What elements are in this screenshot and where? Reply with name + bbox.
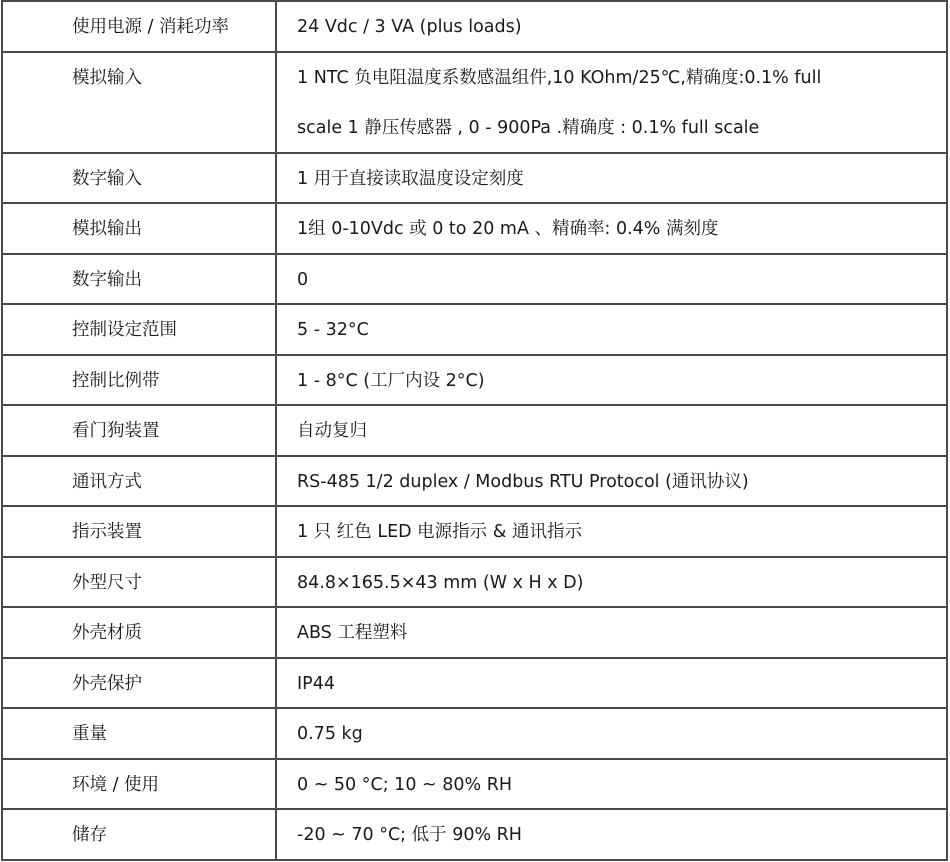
row-label: 外壳保护 bbox=[2, 658, 276, 709]
row-value: 1组 0-10Vdc 或 0 to 20 mA 、精确率: 0.4% 满刻度 bbox=[276, 203, 947, 254]
row-value: 0 bbox=[276, 254, 947, 305]
row-value: 0 ~ 50 °C; 10 ~ 80% RH bbox=[276, 759, 947, 810]
table-row-analog-input: 模拟输入 1 NTC 负电阻温度系数感温组件,10 KOhm/25℃,精确度:0… bbox=[2, 52, 947, 153]
table-row-housing-protection: 外壳保护 IP44 bbox=[2, 658, 947, 709]
table-row-housing-material: 外壳材质 ABS 工程塑料 bbox=[2, 607, 947, 658]
row-value: 5 - 32°C bbox=[276, 304, 947, 355]
row-label: 数字输入 bbox=[2, 153, 276, 204]
value-line: scale 1 静压传感器 , 0 - 900Pa .精确度 : 0.1% fu… bbox=[297, 118, 946, 138]
row-value: 1 只 红色 LED 电源指示 & 通讯指示 bbox=[276, 506, 947, 557]
row-label: 指示装置 bbox=[2, 506, 276, 557]
row-value: RS-485 1/2 duplex / Modbus RTU Protocol … bbox=[276, 456, 947, 507]
table-row-dimensions: 外型尺寸 84.8×165.5×43 mm (W x H x D) bbox=[2, 557, 947, 608]
row-label: 环境 / 使用 bbox=[2, 759, 276, 810]
table-row-operating-environment: 环境 / 使用 0 ~ 50 °C; 10 ~ 80% RH bbox=[2, 759, 947, 810]
table-row-analog-output: 模拟输出 1组 0-10Vdc 或 0 to 20 mA 、精确率: 0.4% … bbox=[2, 203, 947, 254]
row-value: 1 NTC 负电阻温度系数感温组件,10 KOhm/25℃,精确度:0.1% f… bbox=[276, 52, 947, 153]
row-value: 自动复归 bbox=[276, 405, 947, 456]
row-value: 84.8×165.5×43 mm (W x H x D) bbox=[276, 557, 947, 608]
row-label: 重量 bbox=[2, 708, 276, 759]
row-label: 外型尺寸 bbox=[2, 557, 276, 608]
table-row-digital-input: 数字输入 1 用于直接读取温度设定刻度 bbox=[2, 153, 947, 204]
row-label: 通讯方式 bbox=[2, 456, 276, 507]
row-value: IP44 bbox=[276, 658, 947, 709]
table-row-indicator: 指示装置 1 只 红色 LED 电源指示 & 通讯指示 bbox=[2, 506, 947, 557]
row-value: 24 Vdc / 3 VA (plus loads) bbox=[276, 1, 947, 52]
row-label: 看门狗装置 bbox=[2, 405, 276, 456]
row-label: 数字输出 bbox=[2, 254, 276, 305]
row-value: 0.75 kg bbox=[276, 708, 947, 759]
row-label: 模拟输入 bbox=[2, 52, 276, 153]
table-row-setpoint-range: 控制设定范围 5 - 32°C bbox=[2, 304, 947, 355]
row-value: 1 - 8°C (工厂内设 2°C) bbox=[276, 355, 947, 406]
row-label: 模拟输出 bbox=[2, 203, 276, 254]
row-label: 储存 bbox=[2, 809, 276, 860]
row-value: 1 用于直接读取温度设定刻度 bbox=[276, 153, 947, 204]
value-line: 1 NTC 负电阻温度系数感温组件,10 KOhm/25℃,精确度:0.1% f… bbox=[297, 68, 946, 119]
table-row-proportional-band: 控制比例带 1 - 8°C (工厂内设 2°C) bbox=[2, 355, 947, 406]
table-row-weight: 重量 0.75 kg bbox=[2, 708, 947, 759]
row-label: 外壳材质 bbox=[2, 607, 276, 658]
row-label: 控制设定范围 bbox=[2, 304, 276, 355]
row-label: 使用电源 / 消耗功率 bbox=[2, 1, 276, 52]
spec-table: 使用电源 / 消耗功率 24 Vdc / 3 VA (plus loads) 模… bbox=[1, 0, 948, 861]
table-row-digital-output: 数字输出 0 bbox=[2, 254, 947, 305]
row-value: ABS 工程塑料 bbox=[276, 607, 947, 658]
row-value: -20 ~ 70 °C; 低于 90% RH bbox=[276, 809, 947, 860]
table-row-watchdog: 看门狗装置 自动复归 bbox=[2, 405, 947, 456]
table-row-communication: 通讯方式 RS-485 1/2 duplex / Modbus RTU Prot… bbox=[2, 456, 947, 507]
table-row-power: 使用电源 / 消耗功率 24 Vdc / 3 VA (plus loads) bbox=[2, 1, 947, 52]
row-label: 控制比例带 bbox=[2, 355, 276, 406]
table-row-storage: 储存 -20 ~ 70 °C; 低于 90% RH bbox=[2, 809, 947, 860]
